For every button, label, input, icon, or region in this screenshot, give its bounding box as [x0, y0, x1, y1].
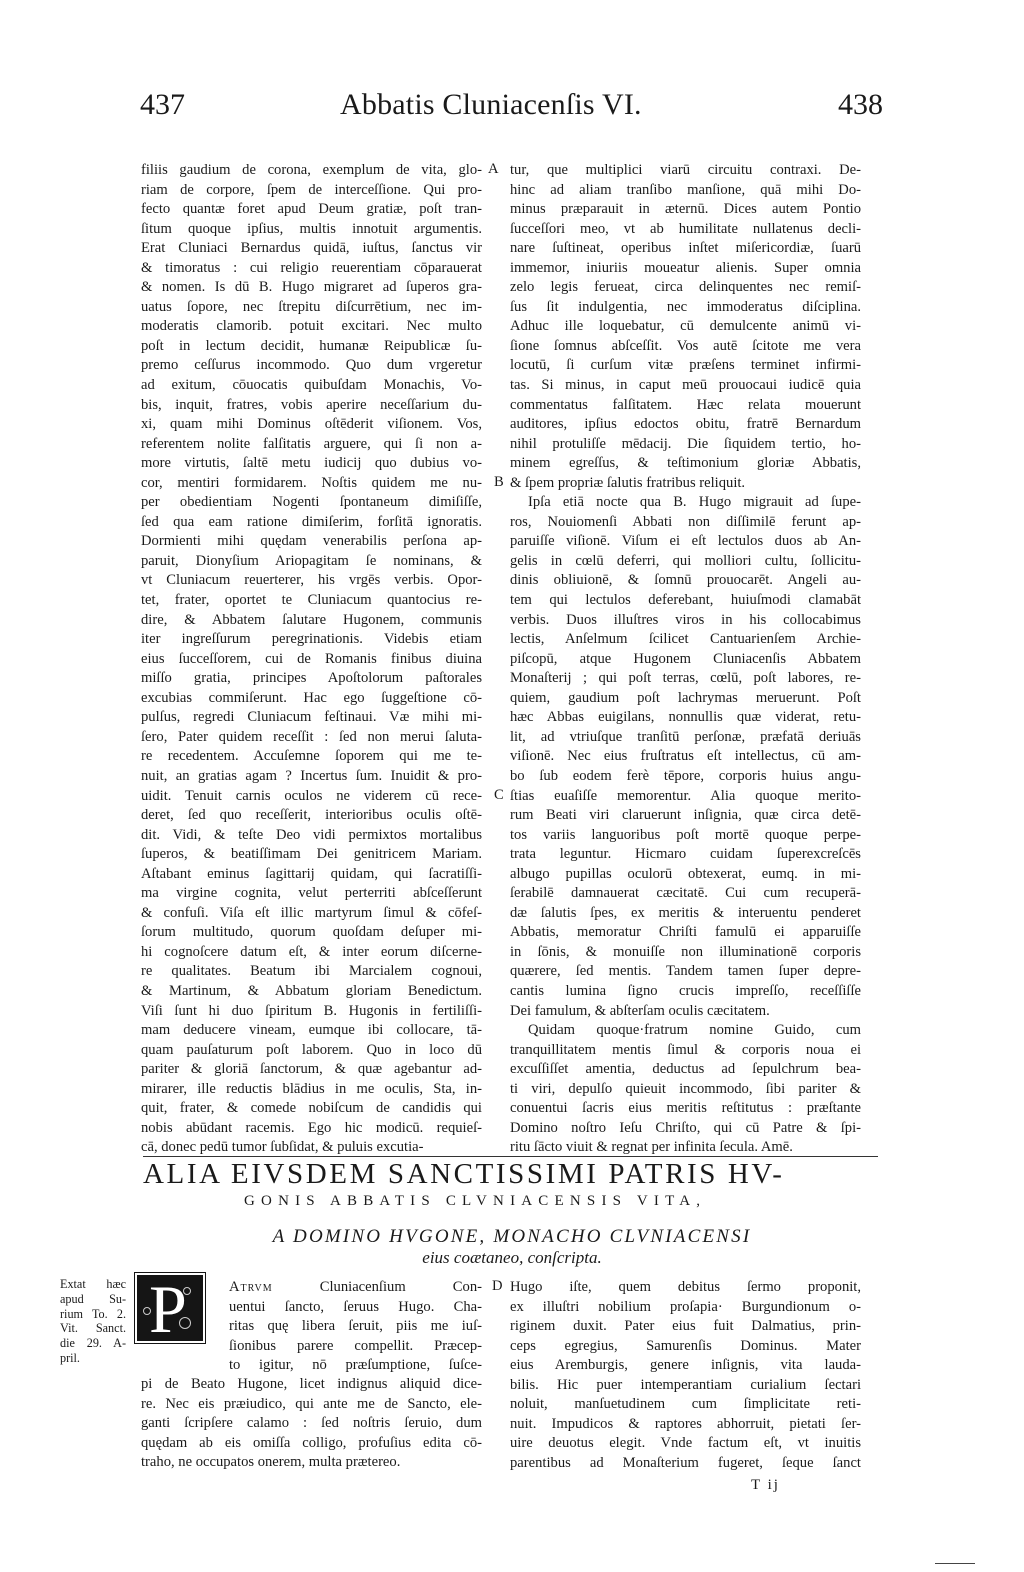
running-header: 437 Abbatis Cluniacenſis VI. 438	[0, 88, 1024, 138]
text-line: minem egreſſus, & teſtimonium gloriæ Abb…	[510, 454, 861, 474]
text-line: nihil protuliſſe mēdacij. Die ſiquidem t…	[510, 435, 861, 455]
text-line: ritu ſācto viuit & regnat per infinita ſ…	[510, 1138, 861, 1158]
text-line: uire deuotus elegit. Vnde factum eſt, vt…	[510, 1434, 861, 1454]
text-line: piſcopū, atque Hugonem Cluniacenſis Abba…	[510, 650, 861, 670]
text-line: nare ſuſtineat, operibus inſtet miſerico…	[510, 239, 861, 259]
text-line: ſerabilē damnauerat cæcitatē. Cui cum re…	[510, 884, 861, 904]
text-line: Dei famulum, & abſterſam oculis cæcitate…	[510, 1002, 861, 1022]
text-line: conuentui ſacris eius meritis reſtitutus…	[510, 1099, 861, 1119]
text-line: auditores, ipſius edoctos obitu, fratrē …	[510, 415, 861, 435]
margin-marker-d: D	[492, 1278, 503, 1295]
text-line: nuit. Impudicos & raptores abhorruit, pi…	[510, 1415, 861, 1435]
text-line: paruit, Dionyſium Ariopagitam ſe nominan…	[141, 552, 482, 572]
text-line: ſuperos, & beatiſſimam Dei genitricem Ma…	[141, 845, 482, 865]
text-line: immemor, iniuriis moueatur alienis. Supe…	[510, 259, 861, 279]
text-line: ſus ſit indulgentia, nec immoderatus diſ…	[510, 298, 861, 318]
text-line: re. Nec eis præiudico, qui ante me de Sa…	[141, 1395, 482, 1415]
text-line: eius ſucceſſorem, cui de Romanis finibus…	[141, 650, 482, 670]
text-line: fecto quantæ foret apud Deum gratiæ, poſ…	[141, 200, 482, 220]
text-line: ſed qua eam ratione dimiſerim, forſitā i…	[141, 513, 482, 533]
initial-letter: P	[149, 1271, 187, 1347]
text-line: dit. Vidi, & teſte Deo vidi permixtos mo…	[141, 826, 482, 846]
text-line: excubias commiſerunt. Hac ego ſuggeſtion…	[141, 689, 482, 709]
text-line: & ſpem propriæ ſalutis fratribus reliqui…	[510, 474, 861, 494]
text-line: deret, ſed quo receſſerit, interioribus …	[141, 806, 482, 826]
text-line: Atrvm Cluniacenſium Con-	[229, 1278, 482, 1298]
text-line: Quidam quoque·fratrum nomine Guido, cum	[510, 1021, 861, 1041]
text-line: quędam ab eis omiſſa colligo, profuſius …	[141, 1434, 482, 1454]
section-divider	[143, 1156, 878, 1157]
running-title: Abbatis Cluniacenſis VI.	[340, 88, 642, 122]
text-line: uatus ſopore, nec ſtrepitu diſcurrētium,…	[141, 298, 482, 318]
text-line: commentatus falſitatem. Hæc relata mouer…	[510, 396, 861, 416]
text-line: dæ ſalutis ſpes, ex meritis & interuentu…	[510, 904, 861, 924]
ornamental-initial: P	[137, 1275, 203, 1341]
text-line: uidit. Tenuit carnis oculos ne viderem c…	[141, 787, 482, 807]
text-line: quam pauſaturum poſt laborem. Quo in loc…	[141, 1041, 482, 1061]
text-line: hæc Abbas euigilans, nonnullis quæ vider…	[510, 708, 861, 728]
text-line: rum Beati viri claruerunt inſignia, quæ …	[510, 806, 861, 826]
text-line: bilis. Hic puer intemperantiam curialium…	[510, 1376, 861, 1396]
text-line: pulſus, regredi Cluniacum feſtinaui. Væ …	[141, 708, 482, 728]
text-line: tranquillitatem mentis ſimul & corporis …	[510, 1041, 861, 1061]
lower-right-column: Hugo iſte, quem debitus ſermo proponit,e…	[510, 1278, 861, 1473]
text-line: tas. Si minus, in caput meū prouocaui iu…	[510, 376, 861, 396]
text-line: dinis obliuionē, & ſomnū prouocarēt. Ang…	[510, 571, 861, 591]
text-line: ritas quę libera ſeruit, piis me iuſ-	[229, 1317, 482, 1337]
text-line: ma virgine cognita, velut perterriti abſ…	[141, 884, 482, 904]
text-line: Abbatis, memoratur Chriſti famulū ei app…	[510, 923, 861, 943]
text-line: pril.	[60, 1351, 126, 1366]
text-line: cor, mentiri formidarem. Noſtis quidem m…	[141, 474, 482, 494]
text-line: vt Cluniacum reuerterer, his vrgēs verbi…	[141, 571, 482, 591]
text-line: albugo pupillas oculorū obtexerat, eumq.…	[510, 865, 861, 885]
text-line: ſione ſomnus abſceſſit. Vos autē ſcitote…	[510, 337, 861, 357]
text-line: mam deducere vineam, eumque ibi collocar…	[141, 1021, 482, 1041]
lower-left-column: pi de Beato Hugone, licet indignus aliqu…	[141, 1375, 482, 1473]
text-line: premo ceſſurus incommodo. Quo dum vrgere…	[141, 356, 482, 376]
text-line: Aſtabant eminus ſagittarij quidam, qui ſ…	[141, 865, 482, 885]
text-line: bis, inquit, fratres, vobis aperire nece…	[141, 396, 482, 416]
text-line: Dormienti mihi quędam venerabilis perſon…	[141, 532, 482, 552]
text-line: re qualitates. Beatum ibi Marcialem cogn…	[141, 962, 482, 982]
text-line: xi, quam mihi Dominus oſtēderit viſionem…	[141, 415, 482, 435]
text-line: ex illuſtri nobilium proſapia· Burgundio…	[510, 1298, 861, 1318]
text-run: Cluniacenſium Con-	[273, 1279, 482, 1295]
margin-marker-b: B	[494, 474, 504, 491]
text-line: verbis. Duos illuſtres viros in his coll…	[510, 611, 861, 631]
text-line: mirarer, ille reductis blādius in me ocu…	[141, 1080, 482, 1100]
text-line: nuit, an gratias agam ? Incertus ſum. In…	[141, 767, 482, 787]
text-line: referentem nolite falſitatis arguere, qu…	[141, 435, 482, 455]
text-line: dire, & Abbatem ſalutare Hugonem, commun…	[141, 611, 482, 631]
text-line: cantis lumina ſigno crucis impreſſo, rec…	[510, 982, 861, 1002]
text-line: iter ingreſſurum peregrinationis. Videbi…	[141, 630, 482, 650]
text-line: ſitum quoque ipſius, multis innotuit arg…	[141, 220, 482, 240]
text-line: ſionibus parere compellit. Præcep-	[229, 1337, 482, 1357]
text-line: apud Su-	[60, 1292, 126, 1307]
ornament-icon	[179, 1317, 191, 1329]
text-line: parentibus ad Monaſterium fugeret, ſeque…	[510, 1454, 861, 1474]
upper-right-column: tur, que multiplici viarū circuitu contr…	[510, 161, 861, 1158]
text-line: Hugo iſte, quem debitus ſermo proponit,	[510, 1278, 861, 1298]
text-line: minus præparauit in æternū. Dices autem …	[510, 200, 861, 220]
text-line: Vit. Sanct.	[60, 1321, 126, 1336]
text-line: ganti ſcripſere calamo : ſed noſtris ſer…	[141, 1414, 482, 1434]
ornament-icon	[143, 1307, 151, 1315]
text-line: quit, frater, & comede nobiſcum de candi…	[141, 1099, 482, 1119]
small-caps-word: Atrvm	[229, 1279, 273, 1295]
text-line: more virtutis, ſaltē metu iudicij quo du…	[141, 454, 482, 474]
text-line: tet, frater, oportet te Cluniacum quanto…	[141, 591, 482, 611]
text-line: Monaſterij ; qui poſt terras, cœlū, poſt…	[510, 669, 861, 689]
text-line: pi de Beato Hugone, licet indignus aliqu…	[141, 1375, 482, 1395]
text-line: re recedentem. Accuſemne ſoporem qui me …	[141, 747, 482, 767]
section-subtitle-line1: A DOMINO HVGONE, MONACHO CLVNIACENSI	[0, 1226, 1024, 1248]
section-subtitle-line2: eius coætaneo, conſcripta.	[0, 1248, 1024, 1268]
text-line: die 29. A-	[60, 1336, 126, 1351]
text-line: Extat hæc	[60, 1277, 126, 1292]
text-line: ſtias euaſiſſe memorentur. Alia quoque m…	[510, 787, 861, 807]
text-line: traho, ne occupatos onerem, multa præter…	[141, 1453, 482, 1473]
text-line: & nomen. Is dū B. Hugo migraret ad ſuper…	[141, 278, 482, 298]
text-line: Erat Cluniaci Bernardus quidā, iuſtus, ſ…	[141, 239, 482, 259]
text-line: moderatis clamorib. potuit excitari. Nec…	[141, 317, 482, 337]
margin-marker-c: C	[494, 787, 504, 804]
text-line: zelo legis ferueat, circa delinquentes n…	[510, 278, 861, 298]
text-line: viſionē. Nec eius fruſtratus eſt intelle…	[510, 747, 861, 767]
text-line: poſt in lectum decidit, humanæ Reipublic…	[141, 337, 482, 357]
text-line: Ipſa etiā nocte qua B. Hugo migrauit ad …	[510, 493, 861, 513]
text-line: ſorum multitudo, quorum quoſdam deſuper …	[141, 923, 482, 943]
text-line: noluit, manſuetudinem cum ſimplicitate r…	[510, 1395, 861, 1415]
text-line: gelis in cœlū deferri, qui molliori cult…	[510, 552, 861, 572]
text-line: & confuſi. Viſa eſt illic martyrum ſimul…	[141, 904, 482, 924]
text-line: tem qui lectulos deferebant, huiuſmodi c…	[510, 591, 861, 611]
text-line: eius Aremburgis, genere inſignis, vita l…	[510, 1356, 861, 1376]
text-line: & timoratus : cui religio reuerentiam cō…	[141, 259, 482, 279]
text-line: per obedientiam Nogenti ſpontaneum dimiſ…	[141, 493, 482, 513]
text-line: ti viri, depulſo quieuit incommodo, ſibi…	[510, 1080, 861, 1100]
text-line: riam de corpore, ſpem de interceſſione. …	[141, 181, 482, 201]
text-line: pariter & gloriā ſanctorum, & quæ ageban…	[141, 1060, 482, 1080]
text-line: filiis gaudium de corona, exemplum de vi…	[141, 161, 482, 181]
text-line: tur, que multiplici viarū circuitu contr…	[510, 161, 861, 181]
text-line: & Martinum, & Abbatum gloriam Benedictum…	[141, 982, 482, 1002]
text-line: hi cognoſcere datum eſt, & inter eorum d…	[141, 943, 482, 963]
text-line: in ſōnis, & monuiſſe non illuminationē c…	[510, 943, 861, 963]
text-line: cā, donec pedū tumor ſubſidat, & puluis …	[141, 1138, 482, 1158]
text-line: ad exitum, cōuocatis quibuſdam Monachis,…	[141, 376, 482, 396]
text-line: uentui ſancto, ſeruus Hugo. Cha-	[229, 1298, 482, 1318]
text-line: paruiſſe viſionē. Viſum ei eſt lectulos …	[510, 532, 861, 552]
text-line: Domino noſtro Ieſu Chriſto, qui cū Patre…	[510, 1119, 861, 1139]
text-line: rium To. 2.	[60, 1307, 126, 1322]
text-line: bo ſub eodem ferè tēpore, corporis huius…	[510, 767, 861, 787]
text-line: hinc ad aliam tranſibo manſione, quā mih…	[510, 181, 861, 201]
text-line: quærere, ſed mentis. Tandem tamen ſuper …	[510, 962, 861, 982]
signature-mark: T ij	[751, 1477, 780, 1494]
text-line: lit, ad vtriuſque tranſitū perſonæ, præf…	[510, 728, 861, 748]
text-line: miſſo gratia, principes Apoſtolorum paſt…	[141, 669, 482, 689]
text-line: ſucceſſori meo, vt ab humilitate nullate…	[510, 220, 861, 240]
text-line: to igitur, nō præſumptione, ſuſce-	[229, 1356, 482, 1376]
text-line: nobis abūdant racemis. Ego hic modicū. r…	[141, 1119, 482, 1139]
text-line: ros, Nouiomenſi Abbati non diſſimilē fer…	[510, 513, 861, 533]
text-line: quiem, gaudium poſt lachrymas meruerunt.…	[510, 689, 861, 709]
text-line: Viſi ſunt hi duo ſpiritum B. Hugonis in …	[141, 1002, 482, 1022]
text-line: tos variis languoribus poſt mortē quoque…	[510, 826, 861, 846]
text-line: lectis, Anſelmum ſcilicet Cantuarienſem …	[510, 630, 861, 650]
margin-note: Extat hæcapud Su-rium To. 2.Vit. Sanct.d…	[60, 1277, 126, 1366]
ornament-icon	[183, 1287, 191, 1295]
page-number-left: 437	[140, 88, 185, 122]
text-line: ſero, Pater quidem receſſit : ſed non me…	[141, 728, 482, 748]
scan-mark	[935, 1563, 975, 1564]
text-line: locutū, ſi curſum vitæ præſens terminet …	[510, 356, 861, 376]
section-title-line1: ALIA EIVSDEM SANCTISSIMI PATRIS HV-	[143, 1158, 878, 1191]
upper-left-column: filiis gaudium de corona, exemplum de vi…	[141, 161, 482, 1158]
lower-left-intro: Atrvm Cluniacenſium Con-uentui ſancto, ſ…	[229, 1278, 482, 1376]
page-number-right: 438	[838, 88, 883, 122]
text-line: Adhuc ille loquebatur, cū demulcente ani…	[510, 317, 861, 337]
margin-marker-a: A	[488, 161, 499, 178]
text-line: ceps egregius, Samurenſis Dominus. Mater	[510, 1337, 861, 1357]
section-title-line2: GONIS ABBATIS CLVNIACENSIS VITA,	[244, 1193, 706, 1210]
text-line: trata leguntur. Hicmaro cuidam ſuperexcr…	[510, 845, 861, 865]
text-line: riginem duxit. Pater eius fuit Dalmatius…	[510, 1317, 861, 1337]
text-line: excuſſiſſet amentia, deductus ad ſepulch…	[510, 1060, 861, 1080]
